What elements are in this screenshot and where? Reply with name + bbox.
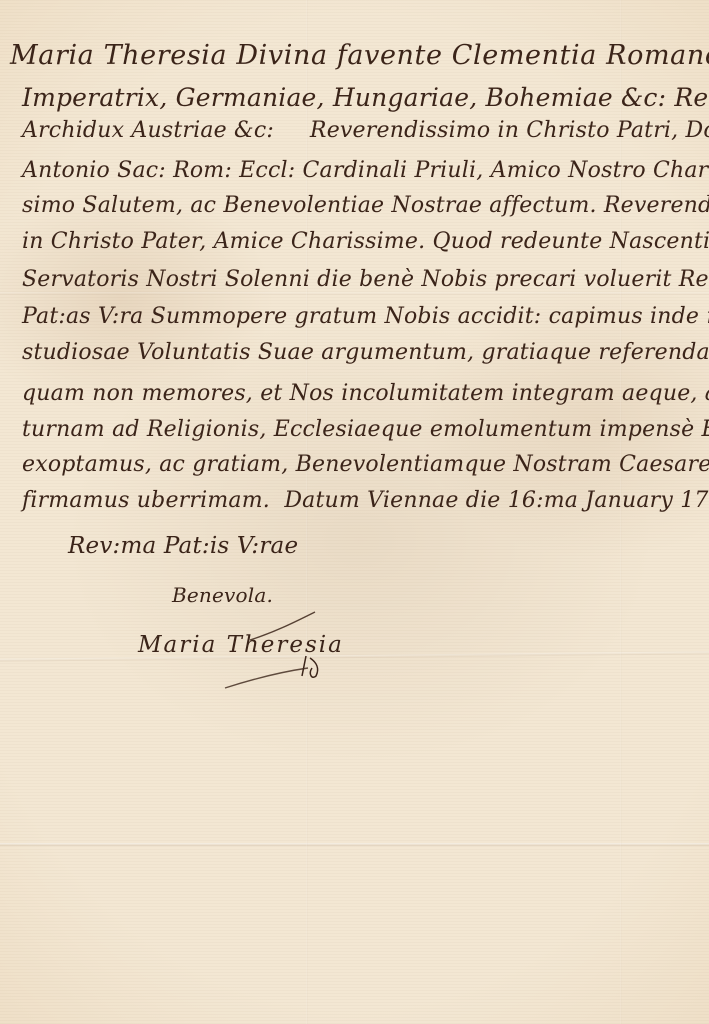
letter-line-1-salutation-title: Maria Theresia Divina favente Clementia … — [10, 40, 709, 71]
letter-line-2: Imperatrix, Germaniae, Hungariae, Bohemi… — [22, 83, 709, 112]
letter-line-3: Archidux Austriae &c: Reverendissimo in … — [22, 118, 709, 143]
letter-line-4: Antonio Sac: Rom: Eccl: Cardinali Priuli… — [22, 158, 709, 183]
letter-line-6: in Christo Pater, Amice Charissime. Quod… — [22, 229, 709, 254]
closing-address: Rev:ma Pat:is V:rae — [68, 533, 298, 559]
letter-line-12: exoptamus, ac gratiam, Benevolentiamque … — [22, 452, 709, 477]
letter-line-13-dateline: firmamus uberrimam. Datum Viennae die 16… — [22, 488, 709, 513]
letter-line-8: Pat:as V:ra Summopere gratum Nobis accid… — [22, 304, 709, 329]
letter-line-5: simo Salutem, ac Benevolentiae Nostrae a… — [22, 193, 709, 218]
horizontal-crease — [0, 651, 709, 661]
faint-crease — [0, 292, 709, 295]
letter-line-9: studiosae Voluntatis Suae argumentum, gr… — [22, 340, 709, 365]
letter-page: Maria Theresia Divina favente Clementia … — [0, 0, 709, 1024]
letter-line-10: quam non memores, et Nos incolumitatem i… — [22, 381, 709, 406]
signature-flourish-icon — [220, 610, 340, 700]
valediction: Benevola. — [172, 583, 273, 607]
letter-line-7: Servatoris Nostri Solenni die benè Nobis… — [22, 267, 709, 292]
letter-line-11: turnam ad Religionis, Ecclesiaeque emolu… — [22, 417, 709, 442]
horizontal-fold-line — [0, 843, 709, 846]
